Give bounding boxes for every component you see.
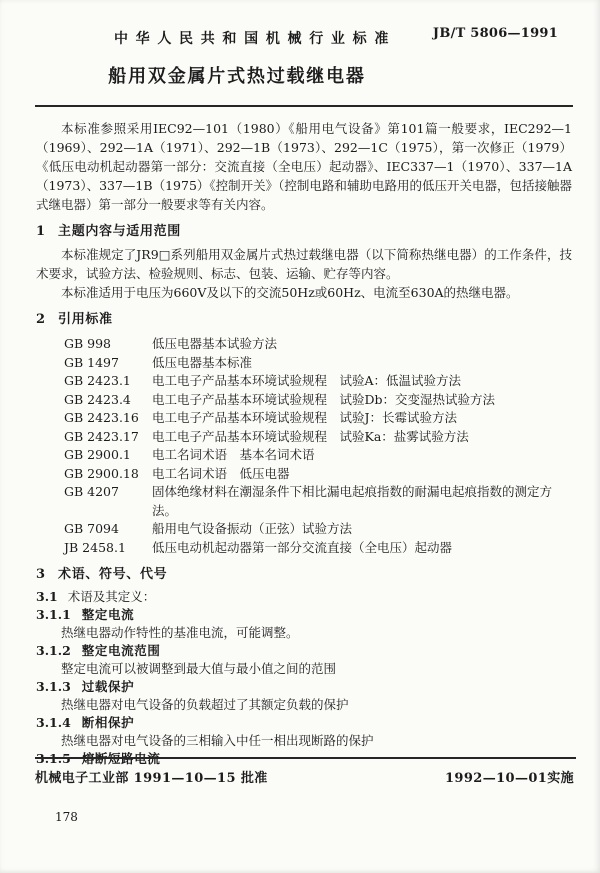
term-heading: 3.1.3过载保护 <box>36 678 572 696</box>
reference-item: GB 998低压电器基本试验方法 <box>36 335 572 354</box>
reference-title: 低压电动机起动器第一部分交流直接（全电压）起动器 <box>152 539 572 558</box>
reference-code: GB 2423.4 <box>64 391 152 410</box>
term-entry: 3.1.4断相保护 热继电器对电气设备的三相输入中任一相出现断路的保护 <box>36 714 572 750</box>
term-heading: 3.1.5熔断短路电流 <box>36 750 572 768</box>
reference-item: GB 7094船用电气设备振动（正弦）试验方法 <box>36 520 572 539</box>
reference-item: JB 2458.1低压电动机起动器第一部分交流直接（全电压）起动器 <box>36 539 572 558</box>
reference-code: GB 4207 <box>64 483 152 520</box>
term-entry: 3.1.5熔断短路电流 <box>36 750 572 768</box>
reference-item: GB 2423.1电工电子产品基本环境试验规程 试验A：低温试验方法 <box>36 372 572 391</box>
term-name: 断相保护 <box>82 715 135 730</box>
page-number: 178 <box>55 810 78 824</box>
approval-note: 机械电子工业部 1991—10—15 批准 <box>35 767 268 786</box>
document-body: 本标准参照采用IEC92—101（1980）《船用电气设备》第101篇一般要求，… <box>36 119 572 768</box>
reference-title: 电工电子产品基本环境试验规程 试验A：低温试验方法 <box>152 372 572 391</box>
term-entry: 3.1.2整定电流范围 整定电流可以被调整到最大值与最小值之间的范围 <box>36 642 572 678</box>
term-heading: 3.1.2整定电流范围 <box>36 642 572 660</box>
reference-title: 低压电器基本标准 <box>152 354 572 373</box>
term-number: 3.1.3 <box>36 679 71 694</box>
section-3-heading: 3术语、符号、代号 <box>36 565 572 584</box>
reference-item: GB 2423.16电工电子产品基本环境试验规程 试验J：长霉试验方法 <box>36 409 572 428</box>
reference-item: GB 4207固体绝缘材料在潮湿条件下相比漏电起痕指数的耐漏电起痕指数的测定方法… <box>36 483 572 520</box>
reference-code: GB 2900.18 <box>64 465 152 484</box>
reference-title: 固体绝缘材料在潮湿条件下相比漏电起痕指数的耐漏电起痕指数的测定方法。 <box>152 483 572 520</box>
reference-code: GB 2423.17 <box>64 428 152 447</box>
term-definition: 整定电流可以被调整到最大值与最小值之间的范围 <box>36 660 572 678</box>
reference-title: 电工电子产品基本环境试验规程 试验Ka：盐雾试验方法 <box>152 428 572 447</box>
implementation-note: 1992—10—01实施 <box>445 767 574 786</box>
reference-code: GB 1497 <box>64 354 152 373</box>
reference-title: 船用电气设备振动（正弦）试验方法 <box>152 520 572 539</box>
reference-item: GB 1497低压电器基本标准 <box>36 354 572 373</box>
section-2-heading: 2引用标准 <box>36 310 572 329</box>
term-definition: 热继电器对电气设备的负载超过了其额定负载的保护 <box>36 696 572 714</box>
section-number: 2 <box>36 312 45 327</box>
subsection-title: 术语及其定义： <box>68 589 156 604</box>
scope-paragraph-2: 本标准适用于电压为660V及以下的交流50Hz或60Hz、电流至630A的热继电… <box>36 283 572 302</box>
document-title: 船用双金属片式热过载继电器 <box>22 62 452 88</box>
document-header: 中华人民共和国机械行业标准 JB/T 5806—1991 船用双金属片式热过载继… <box>0 0 600 107</box>
reference-title: 电工名词术语 低压电器 <box>152 465 572 484</box>
section-title: 主题内容与适用范围 <box>58 224 181 239</box>
reference-item: GB 2423.4电工电子产品基本环境试验规程 试验Db：交变湿热试验方法 <box>36 391 572 410</box>
reference-code: GB 2423.16 <box>64 409 152 428</box>
term-number: 3.1.1 <box>36 607 71 622</box>
section-number: 3 <box>36 567 45 582</box>
term-name: 过载保护 <box>82 679 135 694</box>
reference-item: GB 2423.17电工电子产品基本环境试验规程 试验Ka：盐雾试验方法 <box>36 428 572 447</box>
document-page: 中华人民共和国机械行业标准 JB/T 5806—1991 船用双金属片式热过载继… <box>0 0 600 873</box>
reference-title: 电工电子产品基本环境试验规程 试验J：长霉试验方法 <box>152 409 572 428</box>
terms-subheading: 3.1术语及其定义： <box>36 588 572 606</box>
reference-title: 电工电子产品基本环境试验规程 试验Db：交变湿热试验方法 <box>152 391 572 410</box>
standard-type-line: 中华人民共和国机械行业标准 <box>25 28 485 48</box>
reference-title: 电工名词术语 基本名词术语 <box>152 446 572 465</box>
term-number: 3.1.4 <box>36 715 71 730</box>
reference-code: JB 2458.1 <box>64 539 152 558</box>
term-definition: 热继电器动作特性的基准电流，可能调整。 <box>36 624 572 642</box>
term-definition: 热继电器对电气设备的三相输入中任一相出现断路的保护 <box>36 732 572 750</box>
reference-code: GB 2900.1 <box>64 446 152 465</box>
term-heading: 3.1.4断相保护 <box>36 714 572 732</box>
term-number: 3.1.2 <box>36 643 71 658</box>
term-heading: 3.1.1整定电流 <box>36 606 572 624</box>
section-title: 术语、符号、代号 <box>58 567 167 582</box>
reference-code: GB 7094 <box>64 520 152 539</box>
reference-code: GB 2423.1 <box>64 372 152 391</box>
footer-divider <box>35 757 576 759</box>
footer: 机械电子工业部 1991—10—15 批准 1992—10—01实施 <box>35 767 574 786</box>
standard-code: JB/T 5806—1991 <box>433 26 558 41</box>
header-divider <box>35 105 573 107</box>
reference-code: GB 998 <box>64 335 152 354</box>
term-entry: 3.1.1整定电流 热继电器动作特性的基准电流，可能调整。 <box>36 606 572 642</box>
term-name: 整定电流范围 <box>82 643 161 658</box>
references-list: GB 998低压电器基本试验方法 GB 1497低压电器基本标准 GB 2423… <box>36 335 572 557</box>
reference-title: 低压电器基本试验方法 <box>152 335 572 354</box>
scope-paragraph-1: 本标准规定了JR9□系列船用双金属片式热过载继电器（以下简称热继电器）的工作条件… <box>36 245 572 283</box>
section-title: 引用标准 <box>58 312 113 327</box>
foreword-paragraph: 本标准参照采用IEC92—101（1980）《船用电气设备》第101篇一般要求，… <box>36 119 572 214</box>
section-1-heading: 1主题内容与适用范围 <box>36 222 572 241</box>
subsection-number: 3.1 <box>36 589 58 604</box>
term-entry: 3.1.3过载保护 热继电器对电气设备的负载超过了其额定负载的保护 <box>36 678 572 714</box>
section-number: 1 <box>36 224 45 239</box>
reference-item: GB 2900.18电工名词术语 低压电器 <box>36 465 572 484</box>
reference-item: GB 2900.1电工名词术语 基本名词术语 <box>36 446 572 465</box>
term-name: 整定电流 <box>82 607 135 622</box>
